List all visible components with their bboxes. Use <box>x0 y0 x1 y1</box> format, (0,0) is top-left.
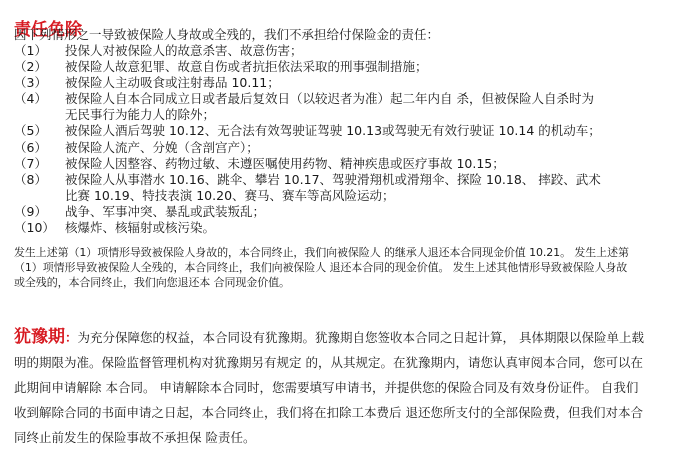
clause-text: 被保险人从事潜水 10.16、跳伞、攀岩 10.17、驾驶滑翔机或滑翔伞、探险 … <box>65 172 601 187</box>
exclusion-clause-1: （1）投保人对被保险人的故意杀害、故意伤害； <box>14 43 601 59</box>
clause-continuation: 无民事行为能力人的除外； <box>14 107 601 123</box>
clause-text: 被保险人流产、分娩（含剖宫产）； <box>65 140 259 155</box>
exclusion-clause-5: （5）被保险人酒后驾驶 10.12、无合法有效驾驶证驾驶 10.13或驾驶无有效… <box>14 123 601 139</box>
clause-number: （1） <box>14 43 65 59</box>
clause-number: （3） <box>14 75 65 91</box>
exclusions-intro: 因下列情形之一导致被保险人身故或全残的，我们不承担给付保险金的责任： <box>14 27 439 43</box>
clause-number: （2） <box>14 59 65 75</box>
clause-text: 核爆炸、核辐射或核污染。 <box>65 220 215 235</box>
clause-text: 被保险人因整容、药物过敏、未遵医嘱使用药物、精神疾患或医疗事故 10.15； <box>65 156 505 171</box>
clause-text: 被保险人酒后驾驶 10.12、无合法有效驾驶证驾驶 10.13或驾驶无有效行驶证… <box>65 123 601 138</box>
cooling-off-line: 收到解除合同的书面申请之日起，本合同终止，我们将在扣除工本费后 退还您所支付的全… <box>14 400 694 425</box>
cooling-off-first-line: 犹豫期：为充分保障您的权益，本合同设有犹豫期。犹豫期自您签收本合同之日起计算， … <box>14 325 694 350</box>
note-line: （1）项情形导致被保险人全残的，本合同终止，我们向被保险人 退还本合同的现金价值… <box>14 260 694 275</box>
clause-number: （7） <box>14 156 65 172</box>
clause-number: （9） <box>14 204 65 220</box>
clause-number: （4） <box>14 91 65 107</box>
cooling-off-line: 同终止前发生的保险事故不承担保 险责任。 <box>14 425 694 450</box>
clause-continuation: 比赛 10.19、特技表演 10.20、赛马、赛车等高风险运动； <box>14 188 601 204</box>
clause-number: （6） <box>14 140 65 156</box>
cooling-off-section: 犹豫期：为充分保障您的权益，本合同设有犹豫期。犹豫期自您签收本合同之日起计算， … <box>14 325 694 450</box>
clause-number: （10） <box>14 220 65 236</box>
cooling-off-line: 明的期限为准。保险监督管理机构对犹豫期另有规定 的，从其规定。在犹豫期内，请您认… <box>14 350 694 375</box>
cooling-off-line: 此期间申请解除 本合同。 申请解除本合同时，您需要填写申请书，并提供您的保险合同… <box>14 375 694 400</box>
cooling-off-colon: ： <box>65 330 78 345</box>
exclusion-clause-6: （6）被保险人流产、分娩（含剖宫产）； <box>14 140 601 156</box>
exclusion-clause-list: （1）投保人对被保险人的故意杀害、故意伤害； （2）被保险人故意犯罪、故意自伤或… <box>14 43 601 236</box>
exclusion-clause-7: （7）被保险人因整容、药物过敏、未遵医嘱使用药物、精神疾患或医疗事故 10.15… <box>14 156 601 172</box>
note-line: 发生上述第（1）项情形导致被保险人身故的，本合同终止，我们向被保险人 的继承人退… <box>14 245 694 260</box>
cooling-off-title: 犹豫期 <box>14 327 65 347</box>
clause-text: 被保险人主动吸食或注射毒品 10.11； <box>65 75 280 90</box>
clause-number: （5） <box>14 123 65 139</box>
exclusion-clause-8: （8）被保险人从事潜水 10.16、跳伞、攀岩 10.17、驾驶滑翔机或滑翔伞、… <box>14 172 601 204</box>
cooling-off-text: 为充分保障您的权益，本合同设有犹豫期。犹豫期自您签收本合同之日起计算， 具体期限… <box>78 330 644 345</box>
exclusion-clause-4: （4）被保险人自本合同成立日或者最后复效日（以较迟者为准）起二年内自 杀，但被保… <box>14 91 601 123</box>
clause-text: 被保险人自本合同成立日或者最后复效日（以较迟者为准）起二年内自 杀，但被保险人自… <box>65 91 594 106</box>
clause-text: 投保人对被保险人的故意杀害、故意伤害； <box>65 43 303 58</box>
clause-text: 战争、军事冲突、暴乱或武装叛乱； <box>65 204 265 219</box>
clause-text: 被保险人故意犯罪、故意自伤或者抗拒依法采取的刑事强制措施； <box>65 59 428 74</box>
exclusion-clause-2: （2）被保险人故意犯罪、故意自伤或者抗拒依法采取的刑事强制措施； <box>14 59 601 75</box>
exclusion-clause-10: （10）核爆炸、核辐射或核污染。 <box>14 220 601 236</box>
clause-number: （8） <box>14 172 65 188</box>
exclusion-clause-3: （3）被保险人主动吸食或注射毒品 10.11； <box>14 75 601 91</box>
exclusions-note: 发生上述第（1）项情形导致被保险人身故的，本合同终止，我们向被保险人 的继承人退… <box>14 245 694 290</box>
note-line: 或全残的，本合同终止，我们向您退还本 合同现金价值。 <box>14 275 694 290</box>
exclusion-clause-9: （9）战争、军事冲突、暴乱或武装叛乱； <box>14 204 601 220</box>
